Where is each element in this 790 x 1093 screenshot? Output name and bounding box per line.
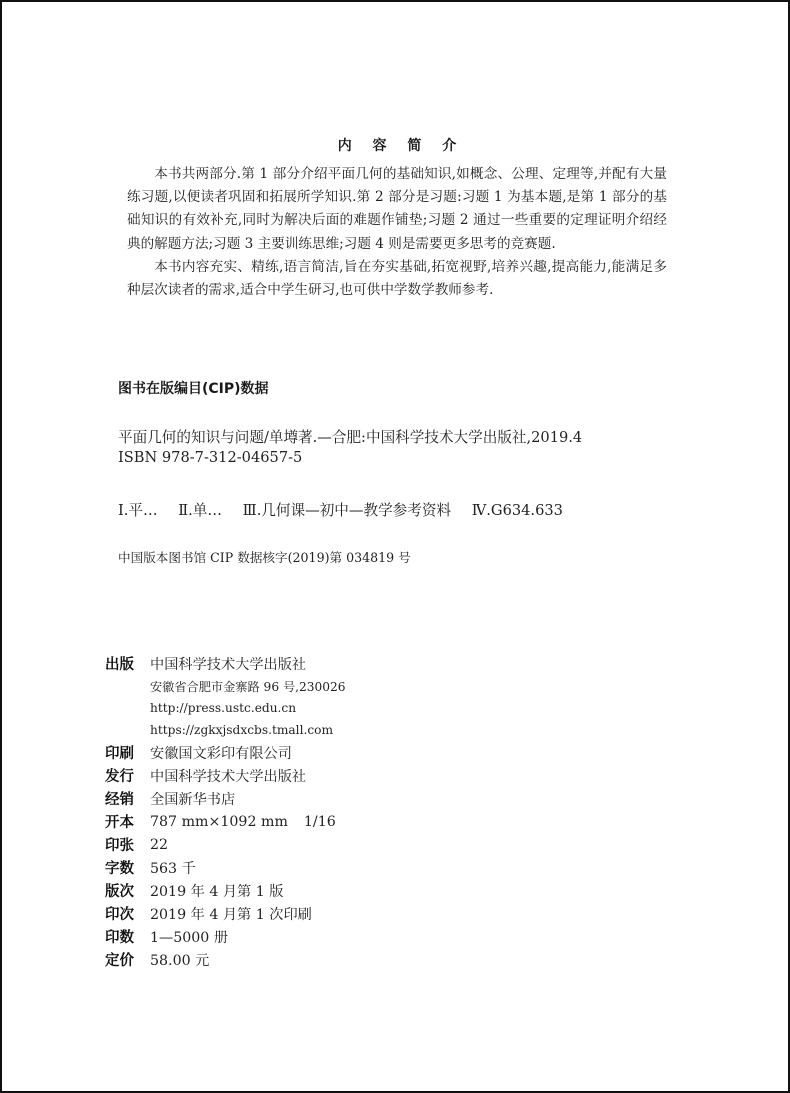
cip-heading: 图书在版编目(CIP)数据 [118, 378, 269, 398]
summary-paragraph: 本书内容充实、精练,语言简洁,旨在夯实基础,拓宽视野,培养兴趣,提高能力,能满足… [127, 256, 667, 302]
pub-row-publisher: 出版 中国科学技术大学出版社 [105, 652, 346, 675]
pub-label: 字数 [105, 857, 150, 878]
pub-value: 563 千 [150, 858, 196, 878]
pub-label: 出版 [105, 653, 150, 674]
pub-value: 1—5000 册 [150, 927, 228, 947]
pub-label: 开本 [105, 811, 150, 832]
publication-info: 出版 中国科学技术大学出版社 安徽省合肥市金寨路 96 号,230026 htt… [105, 652, 346, 971]
pub-label: 版次 [105, 880, 150, 901]
pub-row-printrun: 印数 1—5000 册 [105, 925, 346, 948]
pub-value: 2019 年 4 月第 1 版 [150, 881, 283, 901]
cip-class-3: Ⅲ.几何课—初中—教学参考资料 [243, 502, 451, 519]
cip-class-4: Ⅳ.G634.633 [472, 502, 563, 519]
pub-label: 印数 [105, 926, 150, 947]
pub-row-printing: 印次 2019 年 4 月第 1 次印刷 [105, 902, 346, 925]
pub-row-format: 开本 787 mm×1092 mm1/16 [105, 810, 346, 833]
cip-class-2: Ⅱ.单… [178, 502, 222, 519]
pub-value: 2019 年 4 月第 1 次印刷 [150, 904, 312, 924]
format-size: 787 mm×1092 mm [150, 814, 288, 830]
cip-classification: Ⅰ.平… Ⅱ.单… Ⅲ.几何课—初中—教学参考资料 Ⅳ.G634.633 [118, 499, 577, 520]
format-fold: 1/16 [304, 814, 336, 830]
cip-number: 中国版本图书馆 CIP 数据核字(2019)第 034819 号 [118, 547, 411, 566]
pub-row-url1: http://press.ustc.edu.cn [105, 697, 346, 719]
pub-row-printer: 印刷 安徽国文彩印有限公司 [105, 741, 346, 764]
pub-value: 安徽国文彩印有限公司 [150, 743, 292, 763]
publisher-name: 中国科学技术大学出版社 [150, 654, 306, 674]
pub-row-edition: 版次 2019 年 4 月第 1 版 [105, 879, 346, 902]
cip-title-line: 平面几何的知识与问题/单墫著.—合肥:中国科学技术大学出版社,2019.4 [118, 426, 582, 447]
pub-label: 印张 [105, 834, 150, 855]
pub-label: 印次 [105, 903, 150, 924]
pub-row-price: 定价 58.00 元 [105, 948, 346, 971]
cip-isbn: ISBN 978-7-312-04657-5 [118, 449, 302, 466]
pub-value: 全国新华书店 [150, 789, 235, 809]
pub-row-sheets: 印张 22 [105, 833, 346, 856]
cip-class-1: Ⅰ.平… [118, 502, 158, 519]
pub-label: 发行 [105, 765, 150, 786]
publisher-url-tmall[interactable]: https://zgkxjsdxcbs.tmall.com [150, 723, 333, 737]
publisher-url-press[interactable]: http://press.ustc.edu.cn [150, 701, 296, 715]
pub-row-seller: 经销 全国新华书店 [105, 787, 346, 810]
pub-label: 经销 [105, 788, 150, 809]
pub-row-distributor: 发行 中国科学技术大学出版社 [105, 764, 346, 787]
pub-row-address: 安徽省合肥市金寨路 96 号,230026 [105, 675, 346, 697]
pub-row-url2: https://zgkxjsdxcbs.tmall.com [105, 719, 346, 741]
pub-row-wordcount: 字数 563 千 [105, 856, 346, 879]
pub-label: 印刷 [105, 742, 150, 763]
summary-body: 本书共两部分.第 1 部分介绍平面几何的基础知识,如概念、公理、定理等,并配有大… [127, 163, 667, 302]
copyright-page: 内 容 简 介 本书共两部分.第 1 部分介绍平面几何的基础知识,如概念、公理、… [0, 0, 790, 1093]
pub-value: 中国科学技术大学出版社 [150, 766, 306, 786]
pub-label: 定价 [105, 949, 150, 970]
summary-paragraph: 本书共两部分.第 1 部分介绍平面几何的基础知识,如概念、公理、定理等,并配有大… [127, 163, 667, 256]
publisher-address: 安徽省合肥市金寨路 96 号,230026 [150, 678, 346, 695]
pub-value: 58.00 元 [150, 950, 209, 970]
summary-title: 内 容 简 介 [2, 135, 790, 155]
pub-value: 22 [150, 837, 168, 853]
pub-value: 787 mm×1092 mm1/16 [150, 814, 336, 830]
